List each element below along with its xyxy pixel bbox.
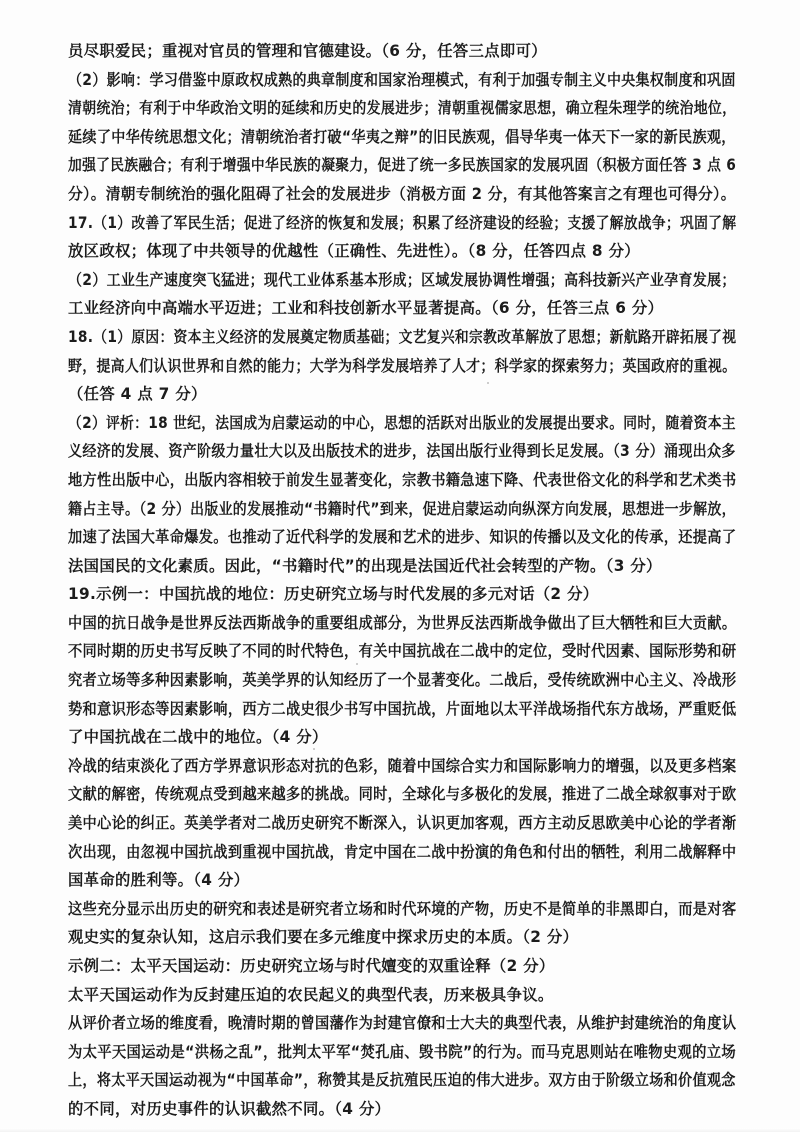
answer-key-text: 员尽职爱民；重视对官员的管理和官德建设。（6 分，任答三点即可） （2）影响：学… <box>68 37 748 1124</box>
text-line: 放区政权；体现了中共领导的优越性（正确性、先进性）。（8 分，任答四点 8 分） <box>68 237 736 266</box>
text-line: 清朝统治；有利于中华政治文明的延续和历史的发展进步；清朝重视儒家思想，确立程朱理… <box>68 94 674 123</box>
scan-speck <box>487 382 489 384</box>
question-17-heading: 17.（1）改善了军民生活；促进了经济的恢复和发展；积累了经济建设的经验；支援了… <box>68 209 668 238</box>
scan-speck <box>313 748 315 750</box>
text-line: 野，提高人们认识世界和自然的能力；大学为科学发展培养了人才；科学家的探索努力；英… <box>68 352 674 381</box>
text-line: 中国的抗日战争是世界反法西斯战争的重要组成部分，为世界反法西斯战争做出了巨大牺牲… <box>68 609 688 638</box>
text-line: 从评价者立场的维度看，晚清时期的曾国藩作为封建官僚和士大夫的典型代表，从维护封建… <box>68 1009 688 1038</box>
text-line: 文献的解密，传统观点受到越来越多的挑战。同时，全球化与多极化的发展，推进了二战全… <box>68 780 688 809</box>
text-line: 观史实的复杂认知，这启示我们要在多元维度中探求历史的本质。（2 分） <box>68 923 736 952</box>
text-line: 的不同，对历史事件的认识截然不同。（4 分） <box>68 1095 736 1124</box>
text-line: 了中国抗战在二战中的地位。（4 分） <box>68 723 736 752</box>
text-line: 法国国民的文化素质。因此，“书籍时代”的出现是法国近代社会转型的产物。（3 分） <box>68 552 736 581</box>
text-line: 国革命的胜利等。（4 分） <box>68 866 736 895</box>
text-line: 籍占主导。（2 分）出版业的发展推动“书籍时代”到来，促进启蒙运动向纵深方向发展… <box>68 495 675 524</box>
text-line: 次出现，由忽视中国抗战到重视中国抗战，肯定中国在二战中扮演的角色和付出的牺牲，利… <box>68 838 688 867</box>
example-2-heading: 示例二：太平天国运动：历史研究立场与时代嬗变的双重诠释（2 分） <box>68 952 736 981</box>
text-line: 员尽职爱民；重视对官员的管理和官德建设。（6 分，任答三点即可） <box>68 37 736 66</box>
question-18-heading: 18.（1）原因：资本主义经济的发展奠定物质基础；文艺复兴和宗教改革解放了思想；… <box>68 323 668 352</box>
text-line: 不同时期的历史书写反映了不同的时代特色，有关中国抗战在二战中的定位，受时代因素、… <box>68 637 688 666</box>
text-line: （2）影响：学习借鉴中原政权成熟的典章制度和国家治理模式，有利于加强专制主义中央… <box>68 66 678 95</box>
text-line: 太平天国运动作为反封建压迫的农民起义的典型代表，历来极具争议。 <box>68 981 736 1010</box>
text-line: 分）。清朝专制统治的强化阻碍了社会的发展进步（消极方面 2 分，有其他答案言之有… <box>68 180 709 209</box>
text-line: 工业经济向中高端水平迈进；工业和科技创新水平显著提高。（6 分，任答三点 6 分… <box>68 294 736 323</box>
text-line: （任答 4 点 7 分） <box>68 380 736 409</box>
text-line: 上，将太平天国运动视为“中国革命”，称赞其是反抗殖民压迫的伟大进步。双方由于阶级… <box>68 1066 683 1095</box>
text-line: 冷战的结束淡化了西方学界意识形态对抗的色彩，随着中国综合实力和国际影响力的增强，… <box>68 752 688 781</box>
text-line: 究者立场等多种因素影响，英美学界的认知经历了一个显著变化。二战后，受传统欧洲中心… <box>68 666 688 695</box>
text-line: 延续了中华传统思想文化；清朝统治者打破“华夷之辩”的旧民族观，倡导华夷一体天下一… <box>68 123 683 152</box>
text-line: 加强了民族融合；有利于增强中华民族的凝聚力，促进了统一多民族国家的发展巩固（积极… <box>68 151 668 180</box>
scan-speck <box>356 663 358 665</box>
text-line: 这些充分显示出历史的研究和表述是研究者立场和时代环境的产物，历史不是简单的非黑即… <box>68 895 688 924</box>
scan-bottom-edge <box>0 1128 800 1132</box>
text-line: 加速了法国大革命爆发。也推动了近代科学的发展和艺术的进步、知识的传播以及文化的传… <box>68 523 688 552</box>
text-line: 地方性出版中心，出版内容相较于前发生显著变化，宗教书籍急速下降、代表世俗文化的科… <box>68 466 688 495</box>
text-line: 势和意识形态等因素影响，西方二战史很少书写中国抗战，片面地以太平洋战场指代东方战… <box>68 695 688 724</box>
text-line: （2）评析：18 世纪，法国成为启蒙运动的中心，思想的活跃对出版业的发展提出要求… <box>68 409 668 438</box>
text-line: 美中心论的纠正。英美学者对二战历史研究不断深入，认识更加客观，西方主动反思欧美中… <box>68 809 688 838</box>
text-line: 义经济的发展、资产阶级力量壮大以及出版技术的进步，法国出版行业得到长足发展。（3… <box>68 437 679 466</box>
text-line: （2）工业生产速度突飞猛进；现代工业体系基本形成；区域发展协调性增强；高科技新兴… <box>68 266 678 295</box>
scanned-page: 员尽职爱民；重视对官员的管理和官德建设。（6 分，任答三点即可） （2）影响：学… <box>0 0 800 1132</box>
question-19-heading: 19.示例一：中国抗战的地位：历史研究立场与时代发展的多元对话（2 分） <box>68 580 736 609</box>
text-line: 为太平天国运动是“洪杨之乱”，批判太平军“焚孔庙、毁书院”的行为。而马克思则站在… <box>68 1038 692 1067</box>
